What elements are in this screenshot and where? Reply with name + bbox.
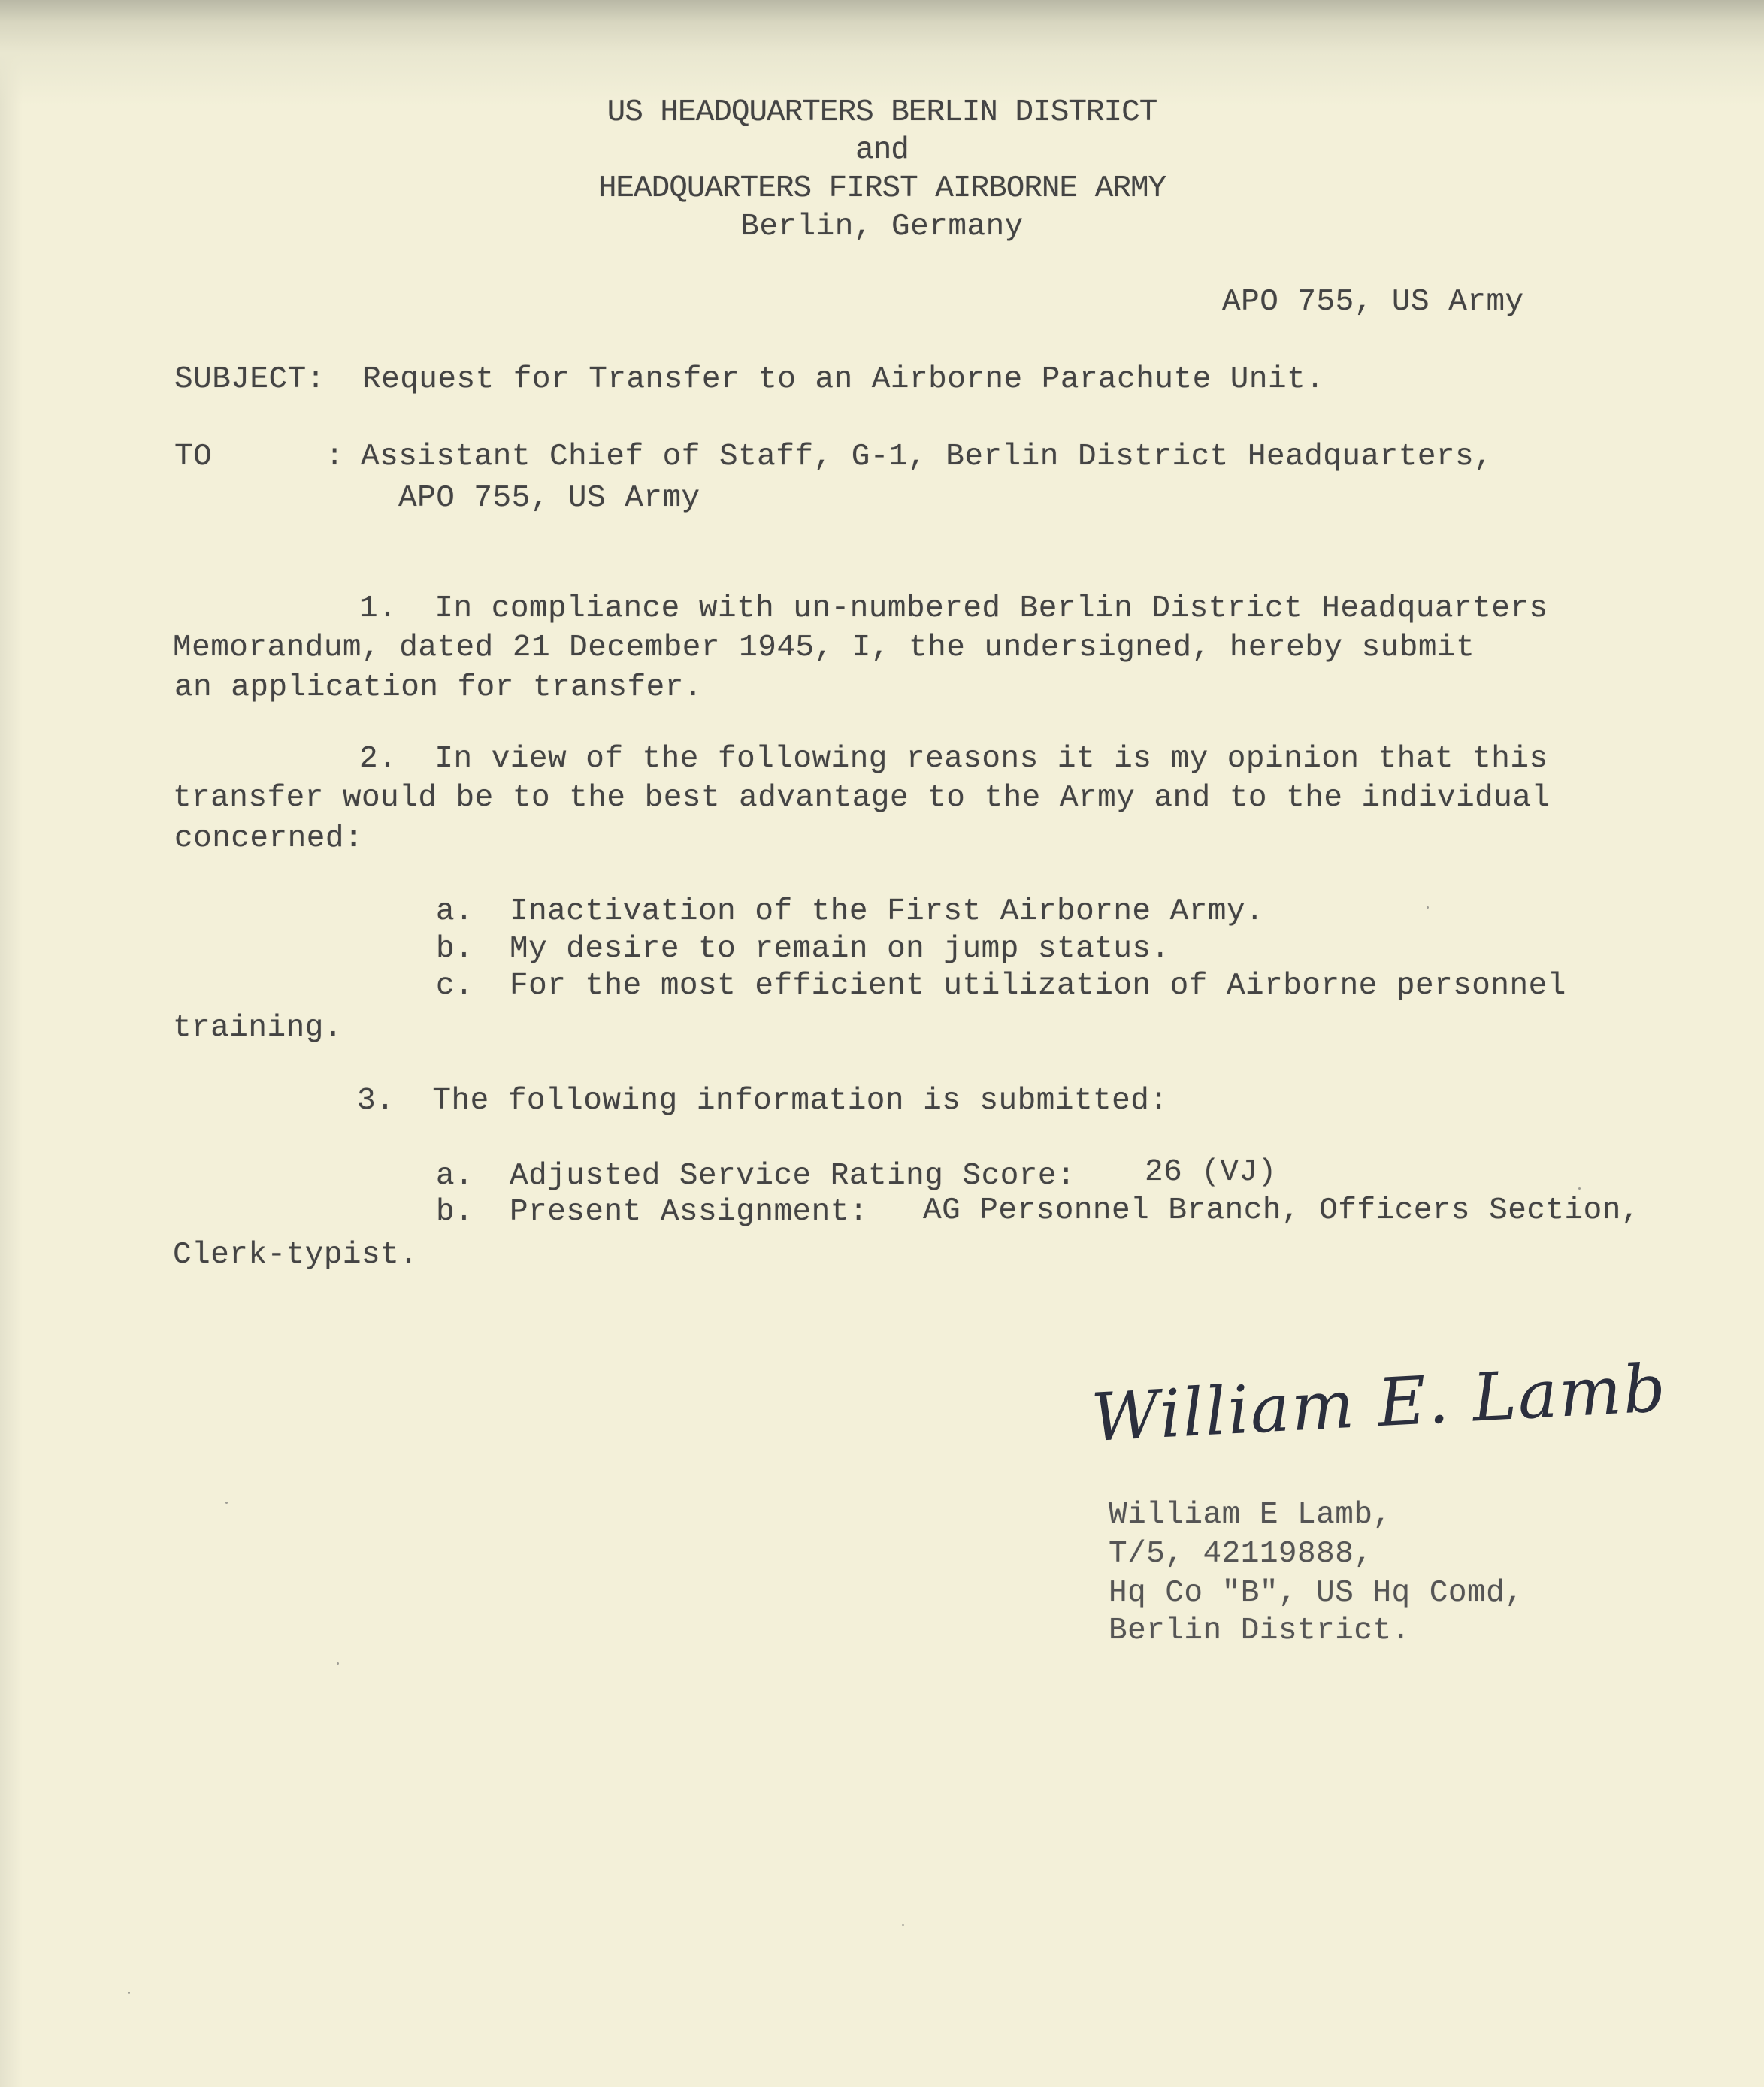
reason-a-text: Inactivation of the First Airborne Army. — [510, 893, 1264, 930]
info-a-marker: a. — [436, 1157, 474, 1195]
paragraph-1-line-1: 1. In compliance with un-numbered Berlin… — [359, 590, 1548, 628]
reason-c-continuation: training. — [173, 1009, 343, 1047]
paper-speck — [902, 1924, 904, 1926]
paragraph-1-line-2: Memorandum, dated 21 December 1945, I, t… — [173, 629, 1475, 667]
paragraph-2-line-2: transfer would be to the best advantage … — [173, 779, 1551, 817]
paper-speck — [128, 1992, 130, 1994]
signer-rank-serial: T/5, 42119888, — [1109, 1535, 1372, 1573]
signer-unit: Hq Co "B", US Hq Comd, — [1109, 1574, 1523, 1612]
info-a-value: 26 (VJ) — [1145, 1154, 1277, 1191]
signer-location: Berlin District. — [1109, 1612, 1411, 1650]
info-b-continuation: Clerk-typist. — [173, 1236, 418, 1274]
handwritten-signature: William E. Lamb — [1090, 1349, 1669, 1456]
to-line-1: Assistant Chief of Staff, G-1, Berlin Di… — [361, 438, 1493, 476]
reason-c-marker: c. — [436, 967, 474, 1005]
paper-speck — [225, 1502, 228, 1504]
document-page: US HEADQUARTERS BERLIN DISTRICT and HEAD… — [0, 0, 1764, 2087]
info-a-label: Adjusted Service Rating Score: — [510, 1157, 1076, 1195]
reason-a-marker: a. — [436, 893, 474, 930]
info-b-label: Present Assignment: — [510, 1193, 868, 1231]
paragraph-2-line-3: concerned: — [174, 820, 363, 857]
subject-label: SUBJECT: — [174, 361, 325, 398]
info-b-marker: b. — [436, 1193, 474, 1231]
paragraph-1-line-3: an application for transfer. — [174, 669, 703, 706]
to-label: TO : — [174, 438, 344, 476]
paragraph-3-line-1: 3. The following information is submitte… — [357, 1082, 1168, 1120]
info-b-value: AG Personnel Branch, Officers Section, — [923, 1192, 1640, 1230]
letterhead-location: Berlin, Germany — [0, 208, 1764, 246]
paper-speck — [337, 1662, 339, 1665]
to-line-2: APO 755, US Army — [398, 479, 700, 517]
letterhead-line-2: and — [0, 132, 1764, 169]
subject-text: Request for Transfer to an Airborne Para… — [362, 361, 1324, 398]
paper-speck — [1578, 1187, 1581, 1190]
apo-line: APO 755, US Army — [1222, 283, 1524, 321]
reason-b-text: My desire to remain on jump status. — [510, 930, 1170, 968]
letterhead-line-3: HEADQUARTERS FIRST AIRBORNE ARMY — [0, 170, 1764, 207]
paper-speck — [1427, 906, 1429, 909]
letterhead-line-1: US HEADQUARTERS BERLIN DISTRICT — [0, 94, 1764, 132]
reason-c-text: For the most efficient utilization of Ai… — [510, 967, 1566, 1005]
paragraph-2-line-1: 2. In view of the following reasons it i… — [359, 740, 1548, 778]
reason-b-marker: b. — [436, 930, 474, 968]
signer-name: William E Lamb, — [1109, 1496, 1392, 1534]
